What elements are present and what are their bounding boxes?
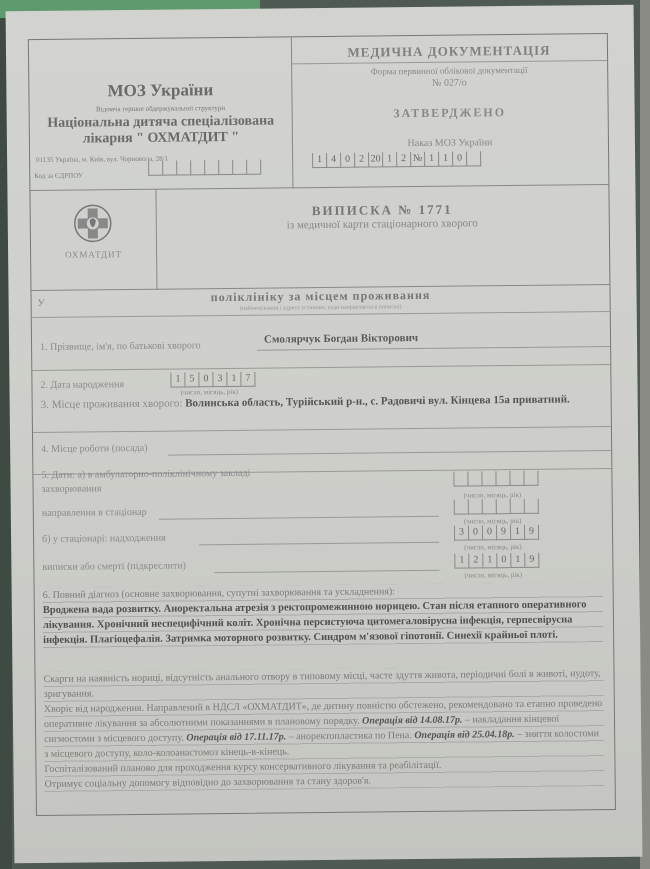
illness-label: захворювання	[42, 483, 102, 495]
history-paragraph: Хворіє від народження. Направлений в НДС…	[44, 696, 605, 762]
underline	[32, 364, 610, 371]
date-cell	[453, 472, 467, 487]
medical-history: Скарги на наявність нориці, відсутність …	[43, 666, 604, 792]
date-cell: 1	[482, 553, 496, 568]
dates-label: 5. Дати: а) в амбулаторно-поліклінічному…	[41, 468, 250, 481]
underline	[257, 346, 610, 351]
underline	[214, 570, 439, 573]
date-cell: 0	[198, 372, 212, 387]
ohmatdyt-cross-logo-icon	[73, 203, 113, 243]
form-label: Форма первинної облікової документації	[291, 64, 607, 77]
workplace-underline	[168, 450, 611, 456]
edrpou-label: Код за ЄДРПОУ	[34, 172, 83, 181]
operation-1-date: Операція від 14.08.17р.	[362, 715, 463, 727]
date-cell: 1	[510, 553, 524, 568]
date-cell	[481, 471, 495, 486]
diagnosis-text: Вроджена вада розвитку. Аноректальна атр…	[43, 597, 603, 648]
date-cell: 5	[184, 372, 198, 387]
date-cell: №	[410, 152, 424, 167]
patient-name-label: 1. Прізвище, ім'я, по батькові хворого	[40, 340, 201, 353]
date-cell: 1	[226, 372, 240, 387]
date-cell: 3	[454, 525, 468, 540]
ministry-title: МОЗ України	[29, 79, 291, 102]
date-cell: 9	[524, 525, 539, 540]
date-cell: 1	[510, 525, 524, 540]
workplace-label: 4. Місце роботи (посада)	[41, 443, 147, 455]
date-cell	[468, 499, 482, 514]
form-header: МЕДИЧНА ДОКУМЕНТАЦІЯ Форма первинної обл…	[291, 34, 609, 188]
date-cell	[496, 499, 510, 514]
discharge-date-cells: 121019	[454, 553, 539, 569]
date-hint: (число, місяць, рік)	[464, 571, 522, 580]
date-cell	[466, 151, 481, 166]
admission-label: б) у стаціонарі: надходження	[42, 533, 166, 545]
date-cell	[523, 471, 538, 486]
referral-label: направлення в стаціонар	[42, 507, 147, 519]
underline	[199, 542, 439, 546]
institution-header: МОЗ України Вiдомча гершое обдержувально…	[29, 37, 294, 191]
logo-box: ОХМАТДИТ	[30, 189, 157, 291]
date-cell	[524, 499, 539, 514]
order-cells: 14022012№110	[312, 151, 481, 168]
date-cell: 1	[424, 152, 438, 167]
illness-date-cells	[453, 471, 538, 487]
diagnosis: 6. Повний діагноз (основне захворювання,…	[43, 582, 604, 648]
discharge-form: МОЗ України Вiдомча гершое обдержувально…	[28, 33, 616, 816]
document-title-box: ВИПИСКА № 1771 із медичної карти стаціон…	[155, 184, 609, 290]
order-label: Наказ МОЗ України	[292, 136, 608, 150]
birth-date-cells: 150317	[170, 372, 255, 388]
date-cell: 1	[170, 372, 184, 387]
operation-3-date: Операція від 25.04.18р.	[414, 729, 515, 741]
date-cell	[495, 471, 509, 486]
document-paper: МОЗ України Вiдомча гершое обдержувально…	[6, 5, 643, 864]
med-doc-title: МЕДИЧНА ДОКУМЕНТАЦІЯ	[291, 42, 607, 61]
date-cell: 0	[496, 553, 510, 568]
patient-name-value: Смолярчук Богдан Вікторович	[264, 332, 418, 346]
date-cell: 9	[524, 553, 539, 568]
date-cell: 3	[212, 372, 226, 387]
edrpou-cells	[148, 160, 261, 176]
operation-2-date: Операція від 17.11.17р.	[186, 731, 286, 743]
approved-label: ЗАТВЕРДЖЕНО	[292, 104, 608, 122]
date-cell: 2	[396, 152, 410, 167]
logo-caption: ОХМАТДИТ	[31, 249, 156, 260]
underline	[159, 516, 439, 520]
date-cell	[509, 471, 523, 486]
date-cell	[454, 499, 468, 514]
date-cell: 0	[340, 153, 354, 168]
date-hint: (число, місяць, рік)	[464, 543, 522, 552]
date-cell: 0	[468, 525, 482, 540]
residence-label: 3. Місце проживання хворого:	[41, 397, 183, 410]
operation-2-text: – аноректопластика по Пена.	[289, 730, 412, 742]
date-cell: 9	[496, 525, 510, 540]
date-cell: 0	[482, 525, 496, 540]
date-cell: 1	[312, 153, 326, 168]
background-right-edge	[640, 0, 650, 869]
date-cell: 1	[438, 152, 452, 167]
hospital-name: Національна дитяча спеціалізована лікарн…	[30, 113, 292, 148]
date-cell: 1	[382, 152, 396, 167]
date-cell	[482, 499, 496, 514]
date-cell: 7	[240, 372, 255, 387]
date-cell	[467, 471, 481, 486]
referral-date-cells	[454, 499, 539, 515]
ministry-subtitle: Вiдомча гершое обдержувальної структури	[30, 103, 292, 114]
date-cell: 2	[468, 553, 482, 568]
date-cell: 4	[326, 153, 340, 168]
date-cell: 0	[452, 151, 466, 166]
divider	[33, 426, 611, 433]
birth-date-label: 2. Дата народження	[40, 379, 124, 391]
date-cell: 20	[368, 152, 382, 167]
date-cell	[510, 499, 524, 514]
date-cell: 2	[354, 153, 368, 168]
admission-date-cells: 300919	[454, 525, 539, 541]
form-number: № 027/о	[291, 76, 607, 90]
discharge-label: виписки або смерті (підкреслити)	[42, 560, 186, 573]
date-cell: 1	[454, 553, 468, 568]
residence-value: Волинська область, Турійський р-н., с. Р…	[185, 393, 570, 409]
residence: 3. Місце проживання хворого: Волинська о…	[41, 391, 601, 413]
hospital-name-line1: Національна дитяча спеціалізована	[30, 113, 292, 132]
hospital-name-line2: лікарня " ОХМАТДИТ "	[30, 129, 292, 148]
